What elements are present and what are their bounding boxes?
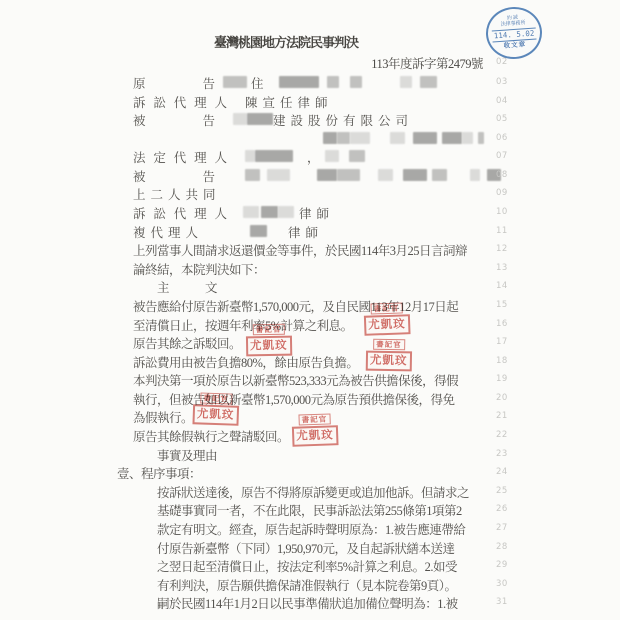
clerk-stamp-name: 尤凱玟 xyxy=(366,351,412,372)
judgment-text: 按訴狀送達後，原告不得將原訴變更或追加他訴。但請求之 xyxy=(157,483,469,501)
redaction-block xyxy=(247,113,273,125)
text-gap xyxy=(215,111,233,112)
text-gap xyxy=(259,204,261,205)
clerk-stamp-name: 尤凱玟 xyxy=(192,404,238,426)
text-gap xyxy=(339,74,350,75)
redaction-block xyxy=(462,132,473,144)
judgment-line: 基礎事實同一者，不在此限，民事訴訟法第255條第1項第2 xyxy=(157,501,462,519)
judgment-text: 主 文 xyxy=(157,278,217,296)
margin-line-number: 29 xyxy=(496,560,518,570)
text-gap xyxy=(362,74,400,75)
party-role-label: 原告 xyxy=(133,74,215,92)
judgment-text: ， xyxy=(307,148,325,166)
margin-line-number: 24 xyxy=(496,467,518,477)
judgment-line: 原告其餘之訴駁回。 xyxy=(133,334,241,352)
judgment-text: 住 xyxy=(251,74,269,92)
margin-line-number: 30 xyxy=(496,579,518,589)
margin-line-number: 19 xyxy=(496,374,518,384)
judgment-text: 被告應給付原告新臺幣1,570,000元，及自民國113年12月17日起 xyxy=(133,297,458,315)
party-role-label: 訴訟代理人 xyxy=(133,204,227,222)
redaction-block xyxy=(223,76,247,88)
clerk-stamp-name: 尤凱玟 xyxy=(292,425,338,447)
judgment-line: 有利判決，原告願供擔保請准假執行（見本院卷第9頁）。 xyxy=(157,576,457,594)
judgment-text: 執行，但被告如以新臺幣1,570,000元為原告預供擔保後，得免 xyxy=(133,390,455,408)
clerk-seal-stamp: 書記官尤凱玟 xyxy=(291,413,338,447)
text-gap xyxy=(227,204,243,205)
redaction-block xyxy=(478,132,484,144)
judgment-line: 上二人共同 xyxy=(133,185,221,203)
margin-line-number: 28 xyxy=(496,542,518,552)
redaction-block xyxy=(350,76,362,88)
judgment-text: 款定有明文。經查，原告起訴時聲明原為：1.被告應連帶給 xyxy=(157,520,465,538)
judgment-text: 陳宣任律師 xyxy=(245,93,333,111)
party-role-label: 法定代理人 xyxy=(133,148,227,166)
text-gap xyxy=(427,167,432,168)
judgment-text: 為假執行。 xyxy=(133,408,193,426)
text-gap xyxy=(473,130,478,131)
margin-line-number: 17 xyxy=(496,337,518,347)
redaction-block xyxy=(255,150,293,162)
margin-line-number: 11 xyxy=(496,226,518,236)
margin-line-number: 21 xyxy=(496,411,518,421)
margin-line-number: 04 xyxy=(496,96,518,106)
redaction-block xyxy=(403,169,427,181)
margin-line-number: 26 xyxy=(496,504,518,514)
judgment-line: 嗣於民國114年1月2日以民事準備狀追加備位聲明為：1.被 xyxy=(157,594,458,612)
text-gap xyxy=(319,74,327,75)
judgment-line: 至清償日止，按週年利率5%計算之利息。 xyxy=(133,316,353,334)
judgment-line: 事實及理由 xyxy=(157,446,217,464)
text-gap xyxy=(412,74,420,75)
judgment-line: 原告住 xyxy=(133,74,437,92)
clerk-stamp-title: 書記官 xyxy=(253,324,285,336)
text-gap xyxy=(227,93,245,94)
party-role-label: 被告 xyxy=(133,167,215,185)
clerk-stamp-title: 書記官 xyxy=(298,413,330,425)
judgment-text: 論終結，本院判決如下： xyxy=(133,260,265,278)
judgment-text: 律師 xyxy=(288,223,323,241)
judgment-line: 訴訟代理人陳宣任律師 xyxy=(133,93,333,111)
judgment-line: 款定有明文。經查，原告起訴時聲明原為：1.被告應連帶給 xyxy=(157,520,465,538)
margin-line-number: 15 xyxy=(496,300,518,310)
judgment-line: 複代理人律師 xyxy=(133,223,323,241)
text-gap xyxy=(405,130,413,131)
judgment-text: 基礎事實同一者，不在此限，民事訴訟法第255條第1項第2 xyxy=(157,501,462,519)
clerk-seal-stamp: 書記官尤凱玟 xyxy=(192,392,239,426)
judgment-line: 主 文 xyxy=(157,278,217,296)
redaction-block xyxy=(390,132,405,144)
margin-line-number: 27 xyxy=(496,523,518,533)
redaction-block xyxy=(278,206,294,218)
redaction-block xyxy=(317,169,337,181)
judgment-text: 嗣於民國114年1月2日以民事準備狀追加備位聲明為：1.被 xyxy=(157,594,458,612)
redaction-block xyxy=(349,150,365,162)
receipt-stamp-label: 收文章 xyxy=(503,41,526,51)
redaction-block xyxy=(233,113,247,125)
party-role-label: 訴訟代理人 xyxy=(133,93,227,111)
redaction-block xyxy=(245,169,260,181)
judgment-line: 論終結，本院判決如下： xyxy=(133,260,265,278)
margin-line-number: 07 xyxy=(496,151,518,161)
text-gap xyxy=(203,223,250,224)
margin-line-number: 10 xyxy=(496,207,518,217)
clerk-stamp-name: 尤凱玟 xyxy=(246,336,292,357)
text-gap xyxy=(437,130,442,131)
text-gap xyxy=(290,167,317,168)
redaction-block xyxy=(250,225,267,237)
clerk-seal-stamp: 書記官尤凱玟 xyxy=(246,324,292,357)
margin-line-number: 25 xyxy=(496,486,518,496)
judgment-text: 之翌日起至清償日止，按法定利率5%計算之利息。2.如受 xyxy=(157,557,457,575)
text-gap xyxy=(133,130,323,131)
clerk-seal-stamp: 書記官尤凱玟 xyxy=(366,339,412,372)
clerk-stamp-title: 書記官 xyxy=(370,302,402,314)
judgment-line: 訴訟代理人律師 xyxy=(133,204,334,222)
redaction-block xyxy=(325,150,339,162)
judgment-line: 本判決第一項於原告以新臺幣523,333元為被告供擔保後，得假 xyxy=(133,371,458,389)
judgment-text: 律師 xyxy=(299,204,334,222)
redaction-block xyxy=(432,169,447,181)
text-gap xyxy=(227,148,245,149)
judgment-document: 臺灣桃園地方法院民事判決 113年度訴字第2479號 02 約誠 法律事務所 1… xyxy=(0,0,620,620)
redaction-block xyxy=(243,206,259,218)
judgment-line xyxy=(133,130,484,148)
judgment-line: 為假執行。 xyxy=(133,408,193,426)
receipt-stamp-date: 114. 5.02 xyxy=(491,27,536,42)
judgment-text: 原告其餘之訴駁回。 xyxy=(133,334,241,352)
redaction-block xyxy=(350,132,370,144)
margin-line-number: 12 xyxy=(496,244,518,254)
margin-line-number: 16 xyxy=(496,319,518,329)
judgment-text: 壹、程序事項： xyxy=(117,464,201,482)
judgment-line: 付原告新臺幣（下同）1,950,970元，及自起訴狀繕本送達 xyxy=(157,539,455,557)
redaction-block xyxy=(442,132,462,144)
judgment-text: 原告其餘假執行之聲請駁回。 xyxy=(133,427,289,445)
redaction-block xyxy=(245,150,255,162)
margin-line-number: 09 xyxy=(496,188,518,198)
case-number: 113年度訴字第2479號 xyxy=(0,54,483,72)
text-gap xyxy=(269,74,279,75)
text-gap xyxy=(215,74,223,75)
text-gap xyxy=(215,167,245,168)
margin-line-number: 22 xyxy=(496,430,518,440)
judgment-text: 本判決第一項於原告以新臺幣523,333元為被告供擔保後，得假 xyxy=(133,371,458,389)
redaction-block xyxy=(323,132,337,144)
text-gap xyxy=(370,130,390,131)
clerk-seal-stamp: 書記官尤凱玟 xyxy=(363,302,410,336)
redaction-block xyxy=(267,169,290,181)
judgment-line: 原告其餘假執行之聲請駁回。 xyxy=(133,427,289,445)
text-gap xyxy=(260,167,267,168)
judgment-text: 有利判決，原告願供擔保請准假執行（見本院卷第9頁）。 xyxy=(157,576,457,594)
redaction-block xyxy=(378,169,393,181)
text-gap xyxy=(480,167,487,168)
judgment-text: 上二人共同 xyxy=(133,185,221,203)
redaction-block xyxy=(337,169,360,181)
law-firm-receipt-stamp: 約誠 法律事務所 114. 5.02 收文章 xyxy=(484,5,543,61)
judgment-line: 之翌日起至清償日止，按法定利率5%計算之利息。2.如受 xyxy=(157,557,457,575)
judgment-text: 複代理人 xyxy=(133,223,203,241)
redaction-block xyxy=(327,76,339,88)
clerk-stamp-title: 書記官 xyxy=(373,339,405,351)
text-gap xyxy=(293,148,307,149)
judgment-text: 付原告新臺幣（下同）1,950,970元，及自起訴狀繕本送達 xyxy=(157,539,455,557)
margin-line-number: 14 xyxy=(496,281,518,291)
margin-line-number: 20 xyxy=(496,393,518,403)
judgment-line: 被告 xyxy=(133,167,501,185)
redaction-block xyxy=(337,132,350,144)
margin-line-number: 31 xyxy=(496,597,518,607)
text-gap xyxy=(267,223,288,224)
redaction-block xyxy=(261,206,278,218)
redaction-block xyxy=(420,76,437,88)
margin-line-number: 06 xyxy=(496,133,518,143)
judgment-text: 至清償日止，按週年利率5%計算之利息。 xyxy=(133,316,353,334)
clerk-stamp-title: 書記官 xyxy=(200,392,232,404)
margin-line-number: 18 xyxy=(496,356,518,366)
margin-line-number: 08 xyxy=(496,170,518,180)
redaction-block xyxy=(400,76,412,88)
party-role-label: 被告 xyxy=(133,111,215,129)
text-gap xyxy=(393,167,403,168)
judgment-line: 法定代理人， xyxy=(133,148,365,166)
margin-line-number: 03 xyxy=(496,77,518,87)
judgment-line: 被告應給付原告新臺幣1,570,000元，及自民國113年12月17日起 xyxy=(133,297,458,315)
text-gap xyxy=(447,167,470,168)
redaction-block xyxy=(413,132,437,144)
judgment-line: 執行，但被告如以新臺幣1,570,000元為原告預供擔保後，得免 xyxy=(133,390,455,408)
margin-line-number: 05 xyxy=(496,114,518,124)
judgment-line: 按訴狀送達後，原告不得將原訴變更或追加他訴。但請求之 xyxy=(157,483,469,501)
redaction-block xyxy=(279,76,319,88)
margin-line-number: 13 xyxy=(496,263,518,273)
judgment-text: 事實及理由 xyxy=(157,446,217,464)
judgment-text: 上列當事人間請求返還價金等事件，於民國114年3月25日言詞辯 xyxy=(133,241,467,259)
redaction-block xyxy=(470,169,480,181)
judgment-text: 建設股份有限公司 xyxy=(273,111,413,129)
margin-line-number: 23 xyxy=(496,449,518,459)
text-gap xyxy=(339,148,349,149)
judgment-line: 壹、程序事項： xyxy=(117,464,201,482)
judgment-line: 上列當事人間請求返還價金等事件，於民國114年3月25日言詞辯 xyxy=(133,241,467,259)
clerk-stamp-name: 尤凱玟 xyxy=(364,314,410,336)
judgment-line: 被告建設股份有限公司 xyxy=(133,111,413,129)
text-gap xyxy=(360,167,378,168)
